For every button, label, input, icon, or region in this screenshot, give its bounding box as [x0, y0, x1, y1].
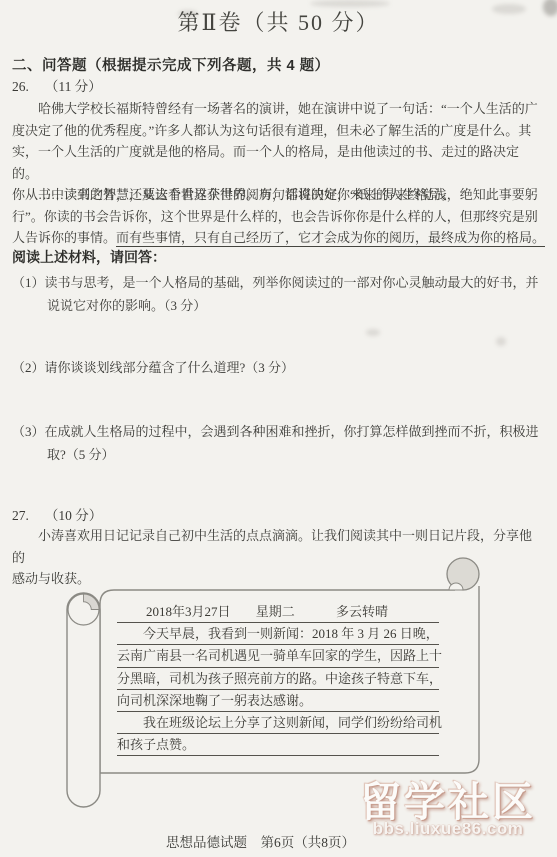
page-title: 第Ⅱ卷（共 50 分） [0, 6, 557, 37]
exam-paper-page: 第Ⅱ卷（共 50 分） 二、问答题（根据提示完成下列各题，共 4 题） 26.（… [0, 0, 557, 857]
question-27-number: 27. [12, 508, 29, 523]
diary-date: 2018年3月27日 [146, 601, 231, 622]
subquestion-text-line: （1）读书与思考，是一个人格局的基础，列举你阅读过的一部对你心灵触动最大的好书，… [12, 271, 546, 294]
subquestion-text-line: （3）在成就人生格局的过程中，会遇到各种困难和挫折，你打算怎样做到挫而不折，积极… [12, 420, 546, 443]
diary-weather: 多云转晴 [336, 601, 388, 622]
question-26-label: 26.（11 分） [12, 75, 102, 95]
question-26-number: 26. [12, 79, 29, 94]
subquestion-text-line: 取?（5 分） [12, 443, 546, 466]
diary-text-line: 和孩子点赞。 [117, 734, 439, 756]
material-text-line: 行”。你读的书会告诉你，这个世界是什么样的，也会告诉你你是什么样的人，但那终究是… [12, 206, 544, 228]
question-26-score: （11 分） [45, 79, 102, 94]
material-text-line: 实，一个人生活的广度就是他的格局。而一个人的格局，是由他读过的书、走过的路决定的… [12, 141, 544, 184]
material-text-line: 度决定了他的优秀程度。”许多人都认为这句话很有道理，但未必了解生活的广度是什么。… [12, 120, 544, 142]
q26-subquestion-3: （3）在成就人生格局的过程中，会遇到各种困难和挫折，你打算怎样做到挫而不折，积极… [12, 420, 546, 466]
diary-body: 今天早晨，我看到一则新闻：2018 年 3 月 26 日晚，云南广南县一名司机遇… [117, 623, 439, 756]
subquestion-text-line: （2）请你谈谈划线部分蕴含了什么道理?（3 分） [12, 356, 546, 379]
question-27-score: （10 分） [45, 508, 102, 523]
diary-text-line: 向司机深深地鞠了一躬表达感谢。 [117, 690, 439, 712]
watermark-brand: 留学社区 [343, 780, 553, 824]
diary-weekday: 星期二 [256, 601, 295, 622]
diary-text-line: 分黑暗，司机为孩子照亮前方的路。中途孩子特意下车， [117, 668, 439, 690]
q26-material-paragraph-2: ……读书之外，还要去看看这个世界。有句话说的好，“纸上得来终觉浅，绝知此事要躬行… [12, 184, 544, 227]
scan-smudge [496, 337, 506, 346]
answer-prompt: 阅读上述材料，请回答： [12, 247, 166, 267]
diary-entry: 2018年3月27日 星期二 多云转晴 今天早晨，我看到一则新闻：2018 年 … [117, 601, 439, 756]
diary-text-line: 今天早晨，我看到一则新闻：2018 年 3 月 26 日晚， [117, 623, 439, 645]
question-27-label: 27.（10 分） [12, 504, 102, 524]
underlined-material-text: 而有些事情，只有自己经历了，它才会成为你的阅历，最终成为你的格局。 [116, 230, 545, 247]
q26-subquestion-1: （1）读书与思考，是一个人格局的基础，列举你阅读过的一部对你心灵触动最大的好书，… [12, 271, 546, 317]
q26-subquestion-2: （2）请你谈谈划线部分蕴含了什么道理?（3 分） [12, 356, 546, 379]
q26-material-paragraph-2-lastline: 人告诉你的事情。而有些事情，只有自己经历了，它才会成为你的阅历，最终成为你的格局… [12, 227, 544, 249]
diary-text-line: 我在班级论坛上分享了这则新闻，同学们纷纷给司机 [117, 712, 439, 734]
page-footer: 思想品德试题 第6页（共8页） [0, 831, 539, 851]
scan-smudge [366, 329, 380, 336]
diary-text-line: 云南广南县一名司机遇见一骑单车回家的学生，因路上十 [117, 645, 439, 667]
material-text-line: ……读书之外，还要去看看这个世界。有句话说的好，“纸上得来终觉浅，绝知此事要躬 [12, 184, 544, 206]
material-text-line: 哈佛大学校长福斯特曾经有一场著名的演讲，她在演讲中说了一句话：“一个人生活的广 [12, 98, 544, 120]
subquestion-text-line: 说说它对你的影响。（3 分） [12, 294, 546, 317]
diary-date-row: 2018年3月27日 星期二 多云转晴 [117, 601, 439, 623]
material-text: 人告诉你的事情。 [12, 230, 116, 245]
section-heading: 二、问答题（根据提示完成下列各题，共 4 题） [12, 54, 330, 75]
